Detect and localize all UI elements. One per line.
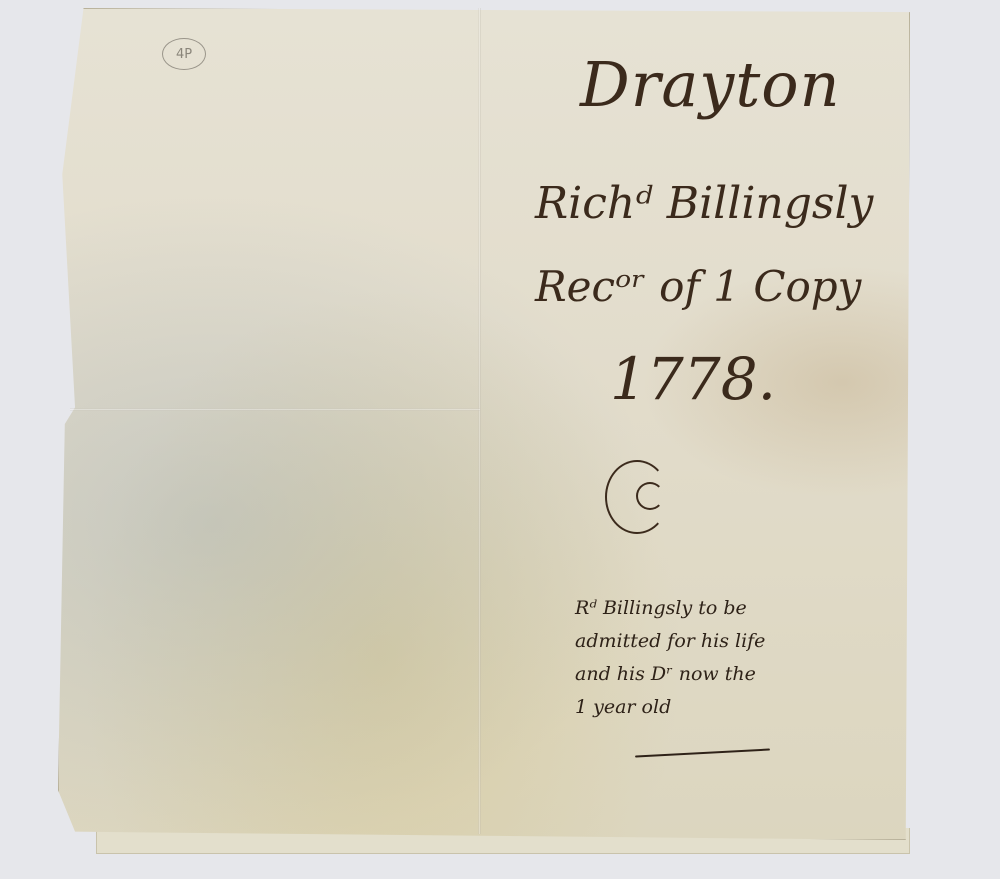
archive-mark-text: 4P [176,47,192,62]
place-heading: Drayton [580,48,841,121]
receipt-line: Recᵒʳ of 1 Copy [535,262,861,311]
archive-reference-mark: 4P [162,38,206,70]
note-line: Rᵈ Billingsly to be [575,592,895,625]
tenant-name: Richᵈ Billingsly [535,178,873,229]
note-line: 1 year old [575,691,895,724]
note-line: and his Dʳ now the [575,658,895,691]
vertical-fold-crease [478,8,481,834]
year: 1778. [610,345,776,413]
flourish-mark-inner [636,482,664,510]
note-line: admitted for his life [575,625,895,658]
horizontal-fold-crease [70,408,480,411]
admission-note: Rᵈ Billingsly to be admitted for his lif… [575,592,895,724]
